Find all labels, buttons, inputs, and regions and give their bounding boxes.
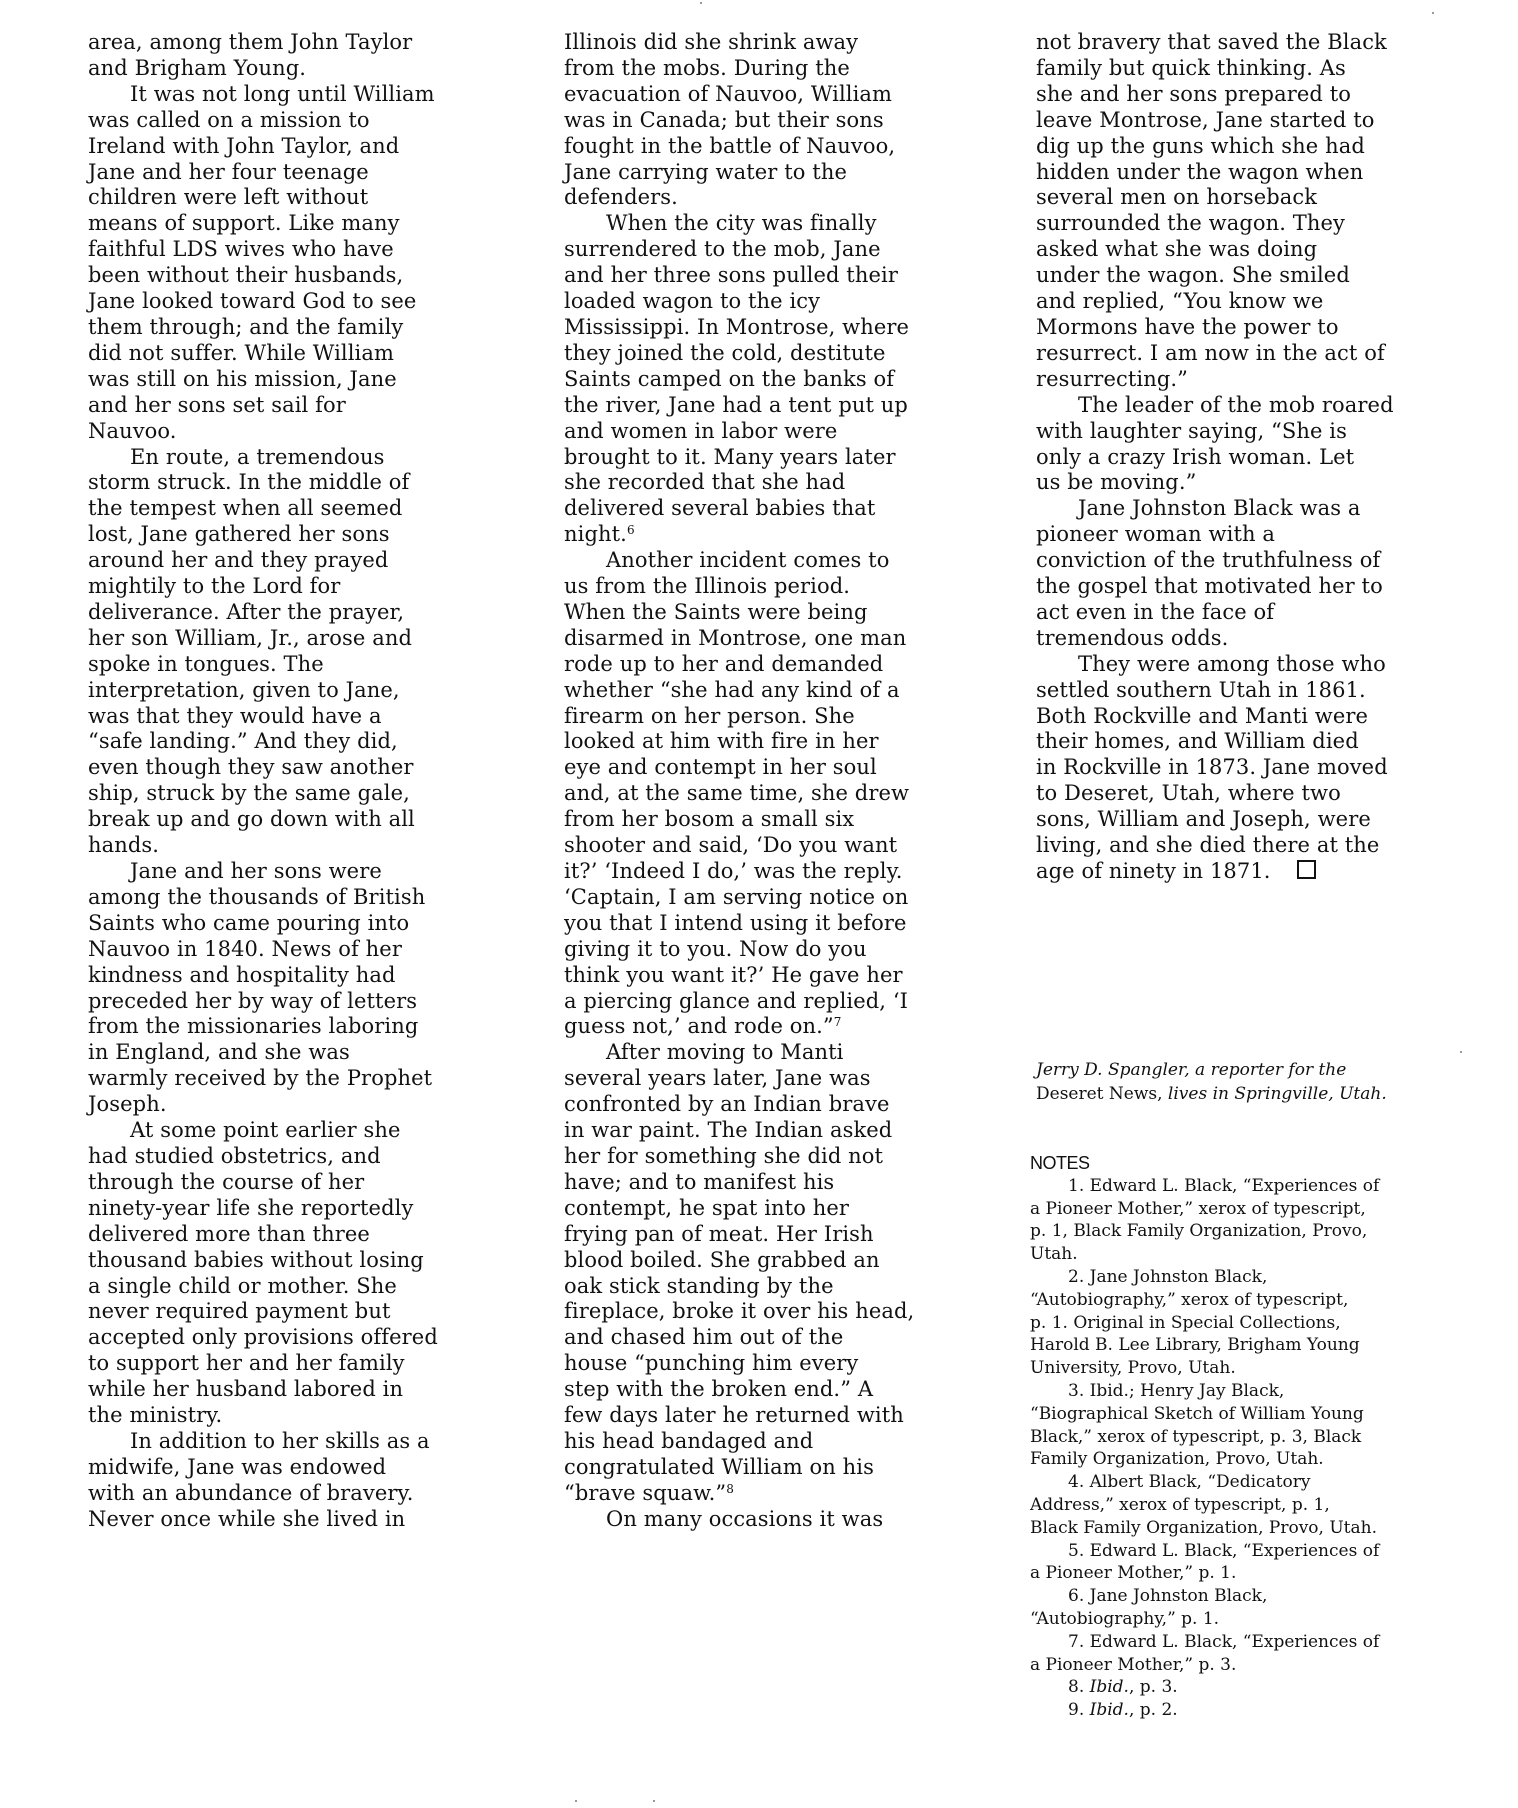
text-line: few days later he returned with	[564, 1403, 994, 1429]
line-text: she recorded that she had	[564, 470, 845, 494]
article-column-3: not bravery that saved the Blackfamily b…	[1036, 30, 1476, 885]
text-line: Jane Johnston Black was a	[1036, 496, 1476, 522]
line-text: Ireland with John Taylor, and	[88, 134, 399, 158]
line-text: lost, Jane gathered her sons	[88, 522, 390, 546]
text-line: storm struck. In the middle of	[88, 470, 508, 496]
text-line: hands.	[88, 833, 508, 859]
text-line: When the city was finally	[564, 211, 994, 237]
line-text: think you want it?’ He gave her	[564, 963, 903, 987]
line-text: house “punching him every	[564, 1351, 858, 1375]
text-line: them through; and the family	[88, 315, 508, 341]
line-text: firearm on her person. She	[564, 704, 855, 728]
text-line: hidden under the wagon when	[1036, 160, 1476, 186]
line-text: delivered several babies that	[564, 496, 875, 520]
text-line: means of support. Like many	[88, 211, 508, 237]
text-line: age of ninety in 1871.	[1036, 859, 1476, 885]
text-line: step with the broken end.” A	[564, 1377, 994, 1403]
line-text: preceded her by way of letters	[88, 989, 417, 1013]
line-text: did not suffer. While William	[88, 341, 394, 365]
scan-speck	[575, 1800, 577, 1802]
line-text: pioneer woman with a	[1036, 522, 1275, 546]
text-line: night.6	[564, 522, 994, 548]
line-text: fought in the battle of Nauvoo,	[564, 134, 895, 158]
text-line: through the course of her	[88, 1170, 508, 1196]
line-text: several years later, Jane was	[564, 1066, 871, 1090]
text-line: in England, and she was	[88, 1040, 508, 1066]
line-text: while her husband labored in	[88, 1377, 403, 1401]
line-text: even though they saw another	[88, 755, 414, 779]
line-text: been without their husbands,	[88, 263, 403, 287]
line-text: night.	[564, 522, 627, 546]
text-line: her son William, Jr., arose and	[88, 626, 508, 652]
text-line: and women in labor were	[564, 419, 994, 445]
note-ibid: Ibid.	[1090, 1677, 1129, 1697]
line-text: Jane Johnston Black was a	[1078, 496, 1361, 520]
note-page: , p. 3.	[1129, 1677, 1178, 1697]
footnote-ref: 6	[627, 523, 635, 537]
note-line: p. 1. Original in Special Collections,	[1030, 1312, 1470, 1335]
line-text: guess not,’ and rode on.”	[564, 1014, 834, 1038]
text-line: her for something she did not	[564, 1144, 994, 1170]
note-text: p. 1, Black Family Organization, Provo,	[1030, 1221, 1367, 1241]
text-line: several men on horseback	[1036, 185, 1476, 211]
line-text: whether “she had any kind of a	[564, 678, 900, 702]
text-line: Saints camped on the banks of	[564, 367, 994, 393]
text-line: fought in the battle of Nauvoo,	[564, 134, 994, 160]
text-line: Jane carrying water to the	[564, 160, 994, 186]
byline-residence: lives in Springville, Utah.	[1163, 1084, 1387, 1104]
line-text: midwife, Jane was endowed	[88, 1455, 386, 1479]
text-line: It was not long until William	[88, 82, 508, 108]
byline-line-1: Jerry D. Spangler, a reporter for the	[1036, 1058, 1466, 1082]
text-line: The leader of the mob roared	[1036, 393, 1476, 419]
line-text: hidden under the wagon when	[1036, 160, 1363, 184]
article-column-2: Illinois did she shrink awayfrom the mob…	[564, 30, 994, 1533]
text-line: midwife, Jane was endowed	[88, 1455, 508, 1481]
line-text: brought to it. Many years later	[564, 445, 896, 469]
note-text: a Pioneer Mother,” xerox of typescript,	[1030, 1199, 1366, 1219]
text-line: frying pan of meat. Her Irish	[564, 1222, 994, 1248]
line-text: and Brigham Young.	[88, 56, 306, 80]
text-line: Both Rockville and Manti were	[1036, 704, 1476, 730]
text-line: conviction of the truthfulness of	[1036, 548, 1476, 574]
note-line: a Pioneer Mother,” p. 3.	[1030, 1654, 1470, 1677]
note-text: 3. Ibid.; Henry Jay Black,	[1068, 1381, 1284, 1401]
text-line: tremendous odds.	[1036, 626, 1476, 652]
text-line: Joseph.	[88, 1092, 508, 1118]
line-text: dig up the guns which she had	[1036, 134, 1365, 158]
text-line: even though they saw another	[88, 755, 508, 781]
line-text: and, at the same time, she drew	[564, 781, 909, 805]
text-line: whether “she had any kind of a	[564, 678, 994, 704]
line-text: congratulated William on his	[564, 1455, 874, 1479]
line-text: At some point earlier she	[130, 1118, 401, 1142]
text-line: she recorded that she had	[564, 470, 994, 496]
text-line: looked at him with fire in her	[564, 729, 994, 755]
line-text: through the course of her	[88, 1170, 364, 1194]
line-text: step with the broken end.” A	[564, 1377, 873, 1401]
line-text: only a crazy Irish woman. Let	[1036, 445, 1354, 469]
line-text: surrounded the wagon. They	[1036, 211, 1345, 235]
text-line: several years later, Jane was	[564, 1066, 994, 1092]
text-line: faithful LDS wives who have	[88, 237, 508, 263]
text-line: his head bandaged and	[564, 1429, 994, 1455]
text-line: from the missionaries laboring	[88, 1014, 508, 1040]
text-line: and replied, “You know we	[1036, 289, 1476, 315]
line-text: her for something she did not	[564, 1144, 883, 1168]
text-line: children were left without	[88, 185, 508, 211]
text-line: Jane looked toward God to see	[88, 289, 508, 315]
note-text: 1. Edward L. Black, “Experiences of	[1068, 1176, 1379, 1196]
line-text: Jane and her four teenage	[88, 160, 369, 184]
line-text: the tempest when all seemed	[88, 496, 402, 520]
text-line: surrendered to the mob, Jane	[564, 237, 994, 263]
note-text: University, Provo, Utah.	[1030, 1358, 1236, 1378]
text-line: in Rockville in 1873. Jane moved	[1036, 755, 1476, 781]
line-text: never required payment but	[88, 1299, 391, 1323]
text-line: under the wagon. She smiled	[1036, 263, 1476, 289]
line-text: with an abundance of bravery.	[88, 1481, 414, 1505]
text-line: thousand babies without losing	[88, 1248, 508, 1274]
line-text: in Rockville in 1873. Jane moved	[1036, 755, 1388, 779]
note-text: Family Organization, Provo, Utah.	[1030, 1449, 1324, 1469]
text-line: accepted only provisions offered	[88, 1325, 508, 1351]
text-line: Mormons have the power to	[1036, 315, 1476, 341]
line-text: the ministry.	[88, 1403, 222, 1427]
line-text: defenders.	[564, 185, 678, 209]
text-line: preceded her by way of letters	[88, 989, 508, 1015]
footnote-ref: 8	[726, 1482, 734, 1496]
text-line: was in Canada; but their sons	[564, 108, 994, 134]
text-line: ‘Captain, I am serving notice on	[564, 885, 994, 911]
text-line: had studied obstetrics, and	[88, 1144, 508, 1170]
line-text: children were left without	[88, 185, 368, 209]
line-text: Never once while she lived in	[88, 1507, 405, 1531]
text-line: never required payment but	[88, 1299, 508, 1325]
line-text: When the city was finally	[606, 211, 877, 235]
line-text: accepted only provisions offered	[88, 1325, 438, 1349]
line-text: Mormons have the power to	[1036, 315, 1339, 339]
text-line: and her sons set sail for	[88, 393, 508, 419]
text-line: contempt, he spat into her	[564, 1196, 994, 1222]
footnote-ref: 7	[834, 1015, 842, 1029]
text-line: living, and she died there at the	[1036, 833, 1476, 859]
scan-speck	[700, 2, 702, 4]
line-text: to support her and her family	[88, 1351, 405, 1375]
line-text: to Deseret, Utah, where two	[1036, 781, 1341, 805]
scan-speck	[1432, 12, 1434, 14]
text-line: among the thousands of British	[88, 885, 508, 911]
text-line: leave Montrose, Jane started to	[1036, 108, 1476, 134]
byline-line-2: Deseret News, lives in Springville, Utah…	[1036, 1082, 1466, 1106]
text-line: not bravery that saved the Black	[1036, 30, 1476, 56]
text-line: Saints who came pouring into	[88, 911, 508, 937]
end-of-article-square-icon	[1297, 860, 1316, 879]
article-column-1: area, among them John Taylorand Brigham …	[88, 30, 508, 1533]
text-line: a single child or mother. She	[88, 1274, 508, 1300]
note-line: 4. Albert Black, “Dedicatory	[1030, 1471, 1470, 1494]
line-text: On many occasions it was	[606, 1507, 883, 1531]
text-line: and chased him out of the	[564, 1325, 994, 1351]
note-text: 6. Jane Johnston Black,	[1068, 1586, 1267, 1606]
line-text: kindness and hospitality had	[88, 963, 396, 987]
text-line: to Deseret, Utah, where two	[1036, 781, 1476, 807]
line-text: break up and go down with all	[88, 807, 415, 831]
text-line: around her and they prayed	[88, 548, 508, 574]
line-text: Nauvoo in 1840. News of her	[88, 937, 402, 961]
text-line: the tempest when all seemed	[88, 496, 508, 522]
text-line: was that they would have a	[88, 704, 508, 730]
line-text: and chased him out of the	[564, 1325, 843, 1349]
line-text: family but quick thinking. As	[1036, 56, 1346, 80]
line-text: rode up to her and demanded	[564, 652, 883, 676]
line-text: Illinois did she shrink away	[564, 30, 858, 54]
line-text: have; and to manifest his	[564, 1170, 834, 1194]
author-byline: Jerry D. Spangler, a reporter for the De…	[1036, 1058, 1466, 1106]
text-line: in war paint. The Indian asked	[564, 1118, 994, 1144]
text-line: ship, struck by the same gale,	[88, 781, 508, 807]
text-line: defenders.	[564, 185, 994, 211]
line-text: age of ninety in 1871.	[1036, 859, 1271, 883]
line-text: leave Montrose, Jane started to	[1036, 108, 1375, 132]
line-text: under the wagon. She smiled	[1036, 263, 1350, 287]
text-line: delivered more than three	[88, 1222, 508, 1248]
note-line: Black Family Organization, Provo, Utah.	[1030, 1517, 1470, 1540]
text-line: think you want it?’ He gave her	[564, 963, 994, 989]
line-text: his head bandaged and	[564, 1429, 813, 1453]
line-text: resurrect. I am now in the act of	[1036, 341, 1385, 365]
note-line: 7. Edward L. Black, “Experiences of	[1030, 1631, 1470, 1654]
note-line: Family Organization, Provo, Utah.	[1030, 1448, 1470, 1471]
line-text: loaded wagon to the icy	[564, 289, 820, 313]
line-text: sons, William and Joseph, were	[1036, 807, 1371, 831]
line-text: among the thousands of British	[88, 885, 425, 909]
text-line: us from the Illinois period.	[564, 574, 994, 600]
line-text: The leader of the mob roared	[1078, 393, 1394, 417]
line-text: living, and she died there at the	[1036, 833, 1379, 857]
note-text: 7. Edward L. Black, “Experiences of	[1068, 1632, 1379, 1652]
line-text: not bravery that saved the Black	[1036, 30, 1387, 54]
note-text: “Autobiography,” p. 1.	[1030, 1609, 1219, 1629]
text-line: Jane and her four teenage	[88, 160, 508, 186]
text-line: the ministry.	[88, 1403, 508, 1429]
line-text: ninety-year life she reportedly	[88, 1196, 413, 1220]
line-text: a single child or mother. She	[88, 1274, 397, 1298]
text-line: mightily to the Lord for	[88, 574, 508, 600]
note-text: “Autobiography,” xerox of typescript,	[1030, 1290, 1348, 1310]
text-line: After moving to Manti	[564, 1040, 994, 1066]
line-text: spoke in tongues. The	[88, 652, 324, 676]
line-text: Saints who came pouring into	[88, 911, 409, 935]
line-text: Both Rockville and Manti were	[1036, 704, 1368, 728]
line-text: eye and contempt in her soul	[564, 755, 877, 779]
line-text: asked what she was doing	[1036, 237, 1317, 261]
text-line: Ireland with John Taylor, and	[88, 134, 508, 160]
text-line: and, at the same time, she drew	[564, 781, 994, 807]
line-text: and women in labor were	[564, 419, 837, 443]
text-line: act even in the face of	[1036, 600, 1476, 626]
line-text: fireplace, broke it over his head,	[564, 1299, 914, 1323]
note-line: 6. Jane Johnston Black,	[1030, 1585, 1470, 1608]
line-text: contempt, he spat into her	[564, 1196, 849, 1220]
line-text: deliverance. After the prayer,	[88, 600, 404, 624]
line-text: with laughter saying, “She is	[1036, 419, 1347, 443]
line-text: resurrecting.”	[1036, 367, 1188, 391]
line-text: evacuation of Nauvoo, William	[564, 82, 892, 106]
line-text: us from the Illinois period.	[564, 574, 850, 598]
text-line: they joined the cold, destitute	[564, 341, 994, 367]
line-text: from her bosom a small six	[564, 807, 854, 831]
text-line: area, among them John Taylor	[88, 30, 508, 56]
text-line: surrounded the wagon. They	[1036, 211, 1476, 237]
note-text: Harold B. Lee Library, Brigham Young	[1030, 1335, 1360, 1355]
text-line: she and her sons prepared to	[1036, 82, 1476, 108]
note-line: 1. Edward L. Black, “Experiences of	[1030, 1175, 1470, 1198]
line-text: thousand babies without losing	[88, 1248, 424, 1272]
text-line: the river, Jane had a tent put up	[564, 393, 994, 419]
line-text: frying pan of meat. Her Irish	[564, 1222, 874, 1246]
line-text: act even in the face of	[1036, 600, 1274, 624]
line-text: you that I intend using it before	[564, 911, 907, 935]
text-line: from the mobs. During the	[564, 56, 994, 82]
text-line: house “punching him every	[564, 1351, 994, 1377]
text-line: At some point earlier she	[88, 1118, 508, 1144]
note-line: 8. Ibid., p. 3.	[1030, 1676, 1470, 1699]
line-text: blood boiled. She grabbed an	[564, 1248, 880, 1272]
notes-list: 1. Edward L. Black, “Experiences ofa Pio…	[1030, 1175, 1470, 1722]
line-text: En route, a tremendous	[130, 445, 385, 469]
text-line: When the Saints were being	[564, 600, 994, 626]
line-text: they joined the cold, destitute	[564, 341, 886, 365]
line-text: around her and they prayed	[88, 548, 388, 572]
note-text: 5. Edward L. Black, “Experiences of	[1068, 1541, 1379, 1561]
line-text: shooter and said, ‘Do you want	[564, 833, 897, 857]
line-text: Joseph.	[88, 1092, 167, 1116]
text-line: was still on his mission, Jane	[88, 367, 508, 393]
text-line: shooter and said, ‘Do you want	[564, 833, 994, 859]
line-text: in war paint. The Indian asked	[564, 1118, 892, 1142]
line-text: it?’ ‘Indeed I do,’ was the reply.	[564, 859, 903, 883]
line-text: confronted by an Indian brave	[564, 1092, 890, 1116]
line-text: hands.	[88, 833, 159, 857]
line-text: area, among them John Taylor	[88, 30, 412, 54]
note-text: Black,” xerox of typescript, p. 3, Black	[1030, 1427, 1361, 1447]
line-text: They were among those who	[1078, 652, 1386, 676]
line-text: mightily to the Lord for	[88, 574, 340, 598]
note-line: p. 1, Black Family Organization, Provo,	[1030, 1220, 1470, 1243]
byline-publication: Deseret News,	[1036, 1084, 1163, 1104]
text-line: En route, a tremendous	[88, 445, 508, 471]
text-line: brought to it. Many years later	[564, 445, 994, 471]
note-text: p. 1. Original in Special Collections,	[1030, 1313, 1341, 1333]
line-text: had studied obstetrics, and	[88, 1144, 381, 1168]
note-text: Utah.	[1030, 1244, 1078, 1264]
text-line: was called on a mission to	[88, 108, 508, 134]
note-line: “Autobiography,” p. 1.	[1030, 1608, 1470, 1631]
text-line: deliverance. After the prayer,	[88, 600, 508, 626]
text-line: family but quick thinking. As	[1036, 56, 1476, 82]
line-text: was called on a mission to	[88, 108, 370, 132]
note-text: a Pioneer Mother,” p. 3.	[1030, 1655, 1236, 1675]
line-text: Another incident comes to	[606, 548, 889, 572]
text-line: Jane and her sons were	[88, 859, 508, 885]
text-line: pioneer woman with a	[1036, 522, 1476, 548]
text-line: “safe landing.” And they did,	[88, 729, 508, 755]
text-line: kindness and hospitality had	[88, 963, 508, 989]
text-line: They were among those who	[1036, 652, 1476, 678]
line-text: giving it to you. Now do you	[564, 937, 867, 961]
line-text: a piercing glance and replied, ‘I	[564, 989, 908, 1013]
text-line: eye and contempt in her soul	[564, 755, 994, 781]
note-text: “Biographical Sketch of William Young	[1030, 1404, 1364, 1424]
line-text: Mississippi. In Montrose, where	[564, 315, 909, 339]
line-text: the gospel that motivated her to	[1036, 574, 1383, 598]
note-line: Address,” xerox of typescript, p. 1,	[1030, 1494, 1470, 1517]
line-text: and her sons set sail for	[88, 393, 346, 417]
line-text: was in Canada; but their sons	[564, 108, 884, 132]
text-line: with laughter saying, “She is	[1036, 419, 1476, 445]
text-line: ninety-year life she reportedly	[88, 1196, 508, 1222]
text-line: firearm on her person. She	[564, 704, 994, 730]
line-text: the river, Jane had a tent put up	[564, 393, 908, 417]
text-line: “brave squaw.”8	[564, 1481, 994, 1507]
text-line: congratulated William on his	[564, 1455, 994, 1481]
text-line: their homes, and William died	[1036, 729, 1476, 755]
text-line: delivered several babies that	[564, 496, 994, 522]
note-page: , p. 2.	[1129, 1700, 1178, 1720]
line-text: After moving to Manti	[606, 1040, 844, 1064]
note-line: “Autobiography,” xerox of typescript,	[1030, 1289, 1470, 1312]
line-text: was still on his mission, Jane	[88, 367, 397, 391]
text-line: with an abundance of bravery.	[88, 1481, 508, 1507]
line-text: Jane carrying water to the	[564, 160, 847, 184]
text-line: it?’ ‘Indeed I do,’ was the reply.	[564, 859, 994, 885]
text-line: oak stick standing by the	[564, 1274, 994, 1300]
note-text: 9.	[1068, 1700, 1090, 1720]
text-line: Another incident comes to	[564, 548, 994, 574]
text-line: loaded wagon to the icy	[564, 289, 994, 315]
line-text: Jane and her sons were	[130, 859, 382, 883]
note-line: 5. Edward L. Black, “Experiences of	[1030, 1540, 1470, 1563]
line-text: surrendered to the mob, Jane	[564, 237, 881, 261]
text-line: blood boiled. She grabbed an	[564, 1248, 994, 1274]
notes-section: NOTES 1. Edward L. Black, “Experiences o…	[1030, 1152, 1470, 1722]
text-line: Nauvoo.	[88, 419, 508, 445]
text-line: the gospel that motivated her to	[1036, 574, 1476, 600]
text-line: spoke in tongues. The	[88, 652, 508, 678]
line-text: oak stick standing by the	[564, 1274, 834, 1298]
line-text: In addition to her skills as a	[130, 1429, 430, 1453]
line-text: few days later he returned with	[564, 1403, 904, 1427]
line-text: and replied, “You know we	[1036, 289, 1323, 313]
text-line: have; and to manifest his	[564, 1170, 994, 1196]
line-text: several men on horseback	[1036, 185, 1317, 209]
line-text: from the mobs. During the	[564, 56, 850, 80]
text-line: us be moving.”	[1036, 470, 1476, 496]
text-line: rode up to her and demanded	[564, 652, 994, 678]
line-text: delivered more than three	[88, 1222, 370, 1246]
line-text: us be moving.”	[1036, 470, 1196, 494]
note-line: “Biographical Sketch of William Young	[1030, 1403, 1470, 1426]
text-line: settled southern Utah in 1861.	[1036, 678, 1476, 704]
text-line: confronted by an Indian brave	[564, 1092, 994, 1118]
line-text: them through; and the family	[88, 315, 403, 339]
line-text: Jane looked toward God to see	[88, 289, 416, 313]
scan-speck	[653, 1800, 655, 1802]
note-line: 2. Jane Johnston Black,	[1030, 1266, 1470, 1289]
text-line: while her husband labored in	[88, 1377, 508, 1403]
text-line: lost, Jane gathered her sons	[88, 522, 508, 548]
